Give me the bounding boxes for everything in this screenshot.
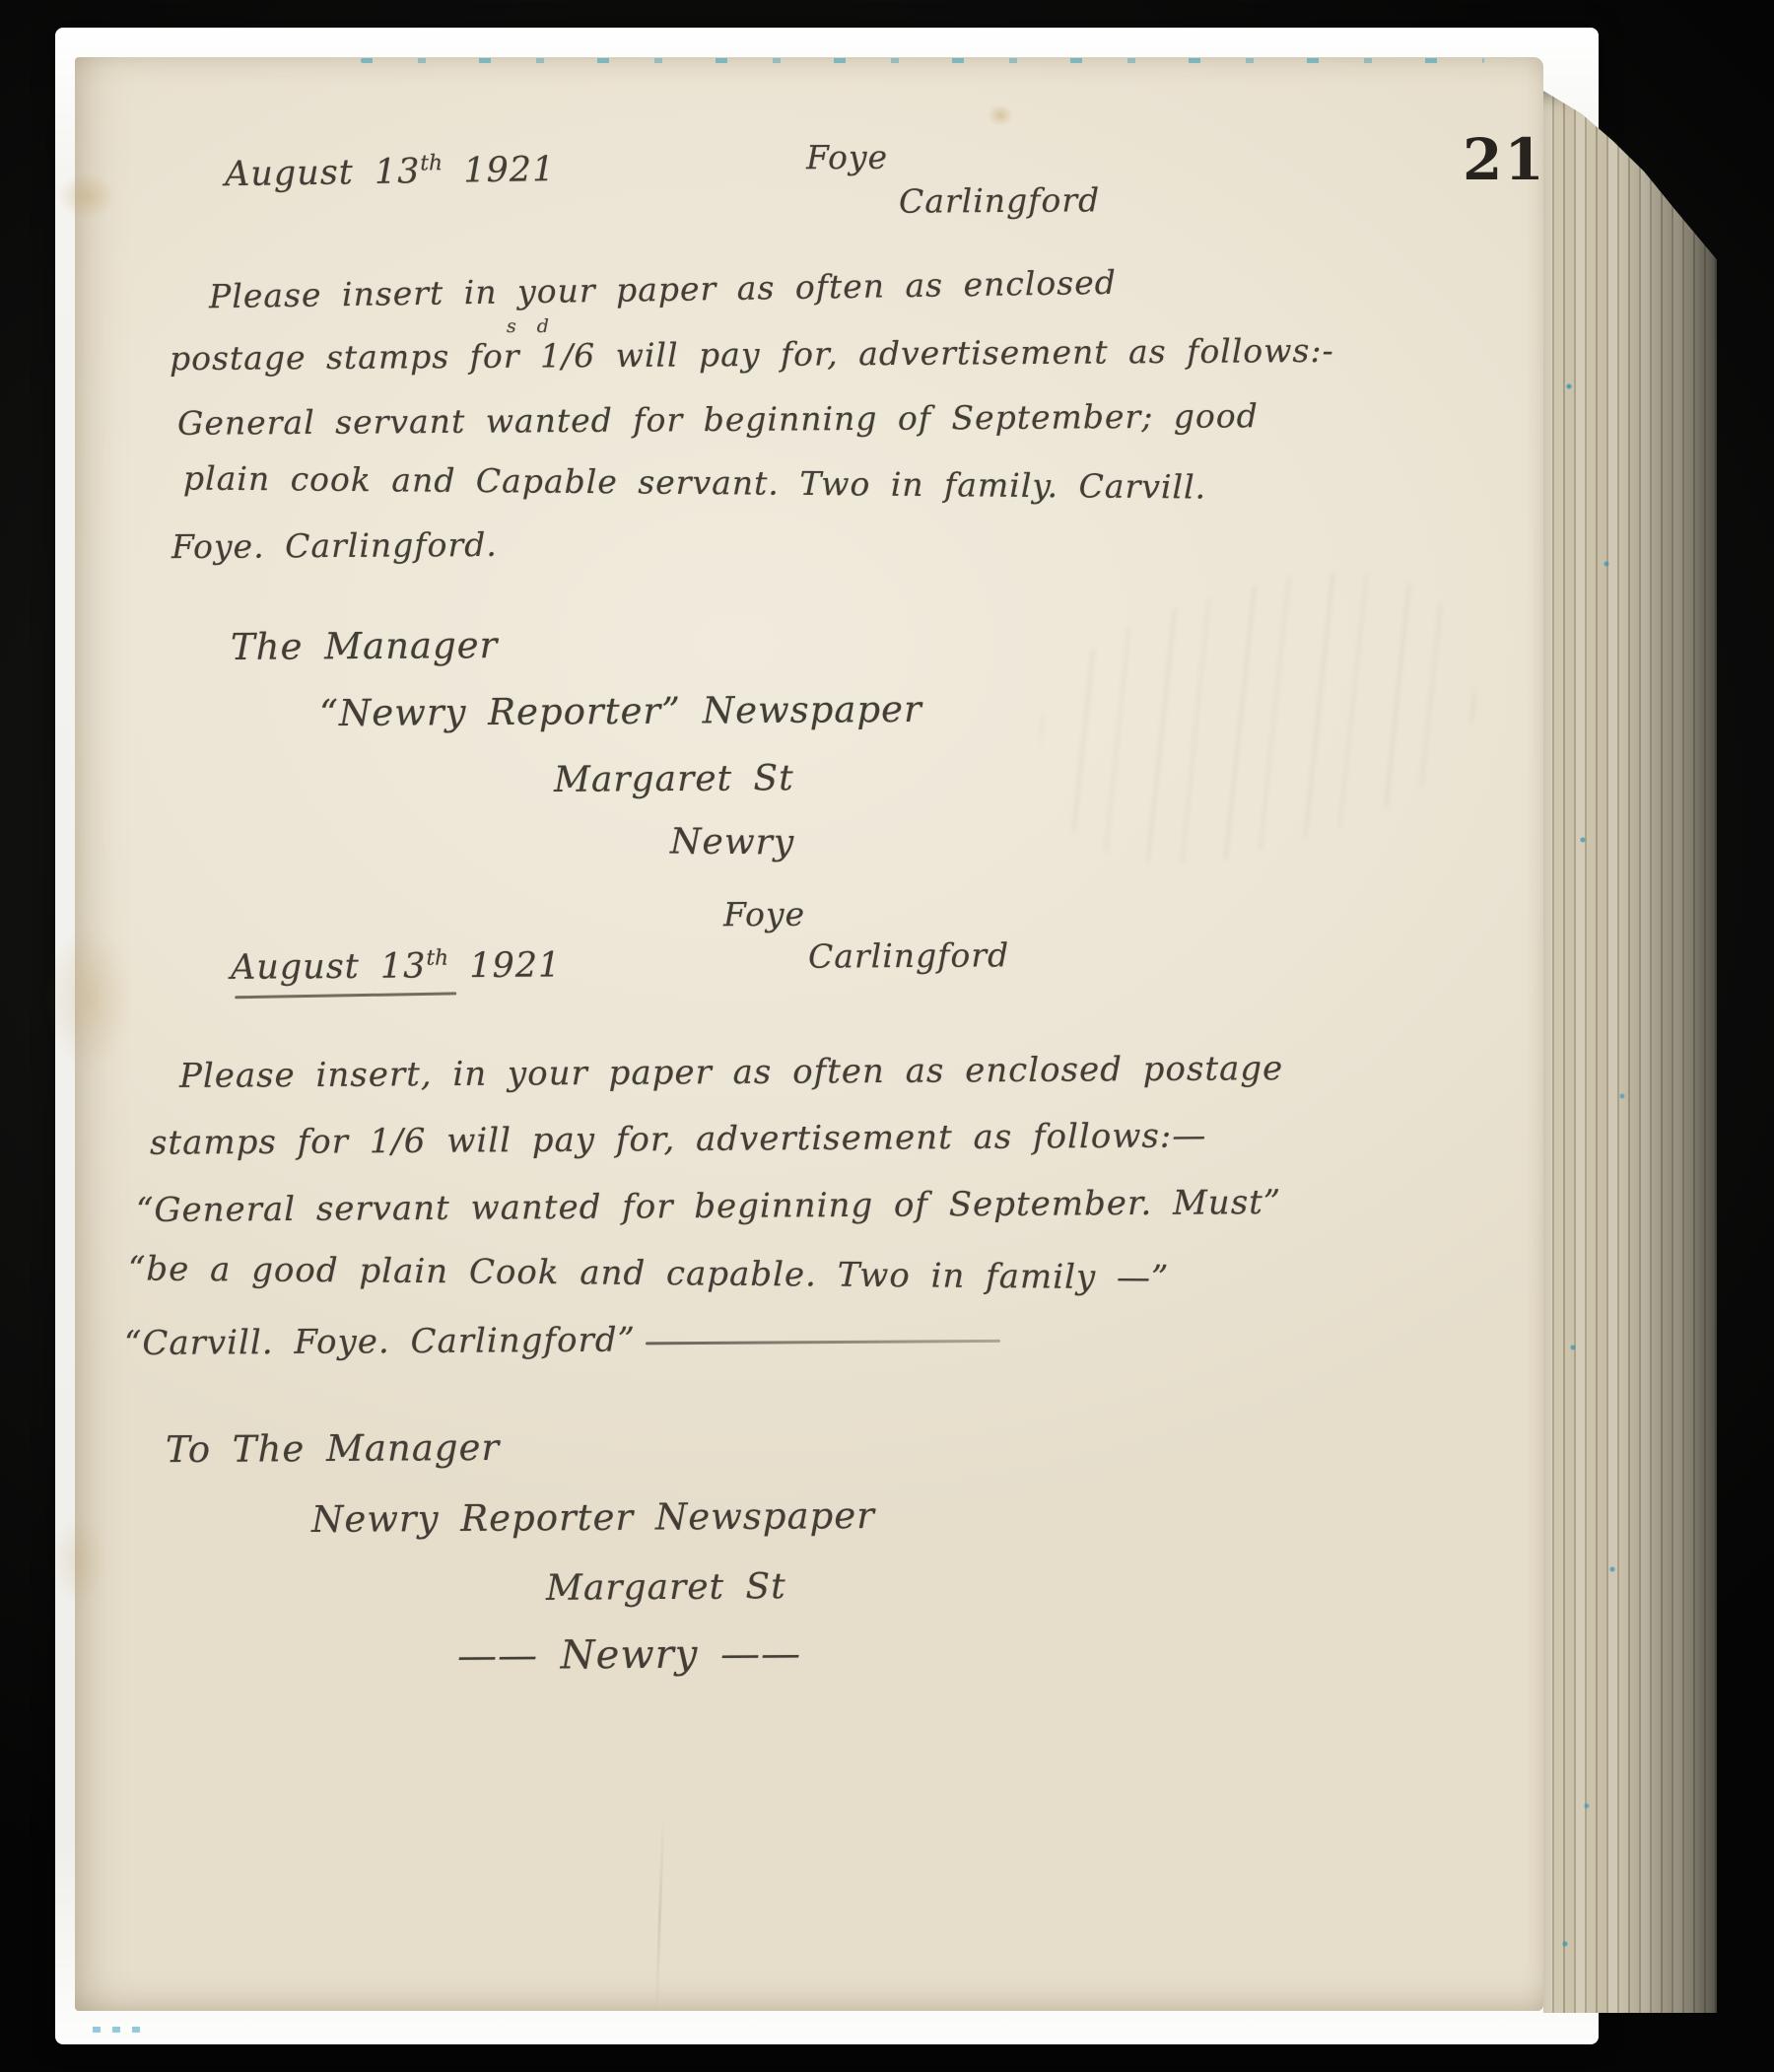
letter1-closing-street: Margaret St	[554, 758, 794, 800]
letter2-date-year: 1921	[469, 945, 561, 986]
letter1-body-line2: postage stamps for 1/6 will pay for, adv…	[170, 331, 1334, 378]
date-underline	[235, 992, 456, 999]
letter2-body-line2: stamps for 1/6 will pay for, advertiseme…	[150, 1116, 1207, 1162]
letter1-date: August 13th 1921	[225, 149, 556, 194]
letter2-body-line1: Please insert, in your paper as often as…	[179, 1049, 1283, 1096]
page-number: 21	[1463, 126, 1546, 193]
letter2-body-line4: “be a good plain Cook and capable. Two i…	[128, 1249, 1170, 1297]
letter1-date-day: August 13	[225, 152, 421, 194]
letter1-closing-recipient: The Manager	[231, 624, 499, 668]
letter1-place-line2: Carlingford	[899, 180, 1100, 220]
letter1-date-year: 1921	[463, 150, 556, 190]
letter2-closing-town: —— Newry ——	[457, 1631, 801, 1679]
letter2-closing-recipient: To The Manager	[166, 1426, 500, 1471]
letter1-body-line4: plain cook and Capable servant. Two in f…	[183, 458, 1206, 506]
ghost-ink-offset	[1014, 534, 1502, 900]
photo-background: 21 August 13th 1921 Foye Carlingford Ple…	[0, 0, 1774, 2072]
letter1-date-ordinal: th	[420, 151, 443, 175]
letter2-body-line5: “Carvill. Foye. Carlingford”	[124, 1318, 1000, 1363]
letter1-closing-town: Newry	[670, 821, 795, 863]
letter2-date-day: August 13	[231, 946, 427, 987]
paper-crease	[654, 1812, 664, 2019]
letter1-sd-superscript: s d	[507, 315, 552, 337]
letter1-body-line1: Please insert in your paper as often as …	[209, 263, 1117, 315]
notebook-page: 21 August 13th 1921 Foye Carlingford Ple…	[75, 57, 1543, 2011]
foxing-spot	[988, 104, 1013, 126]
letter1-place-line1: Foye	[806, 138, 888, 177]
letter2-place-line2: Carlingford	[808, 935, 1009, 975]
blue-speckle-top-edge	[361, 58, 1484, 63]
book-fore-edge	[1543, 91, 1717, 2013]
letter2-body-line3: “General servant wanted for beginning of…	[136, 1183, 1282, 1230]
flourish-dash-line	[646, 1340, 1000, 1346]
letter1-body-line3: General servant wanted for beginning of …	[177, 396, 1259, 443]
letter1-closing-newspaper: “Newry Reporter” Newspaper	[319, 688, 922, 734]
letter2-date: August 13th 1921	[231, 945, 562, 988]
letter2-closing-newspaper: Newry Reporter Newspaper	[311, 1494, 875, 1541]
letter2-body-line5-text: “Carvill. Foye. Carlingford”	[124, 1320, 636, 1363]
letter1-body-line5: Foye. Carlingford.	[171, 525, 498, 566]
letter2-place-line1: Foye	[723, 895, 805, 934]
letter2-closing-street: Margaret St	[546, 1566, 786, 1609]
blue-speckle-bottom-edge	[93, 2027, 146, 2033]
letter2-date-ordinal: th	[426, 946, 448, 971]
